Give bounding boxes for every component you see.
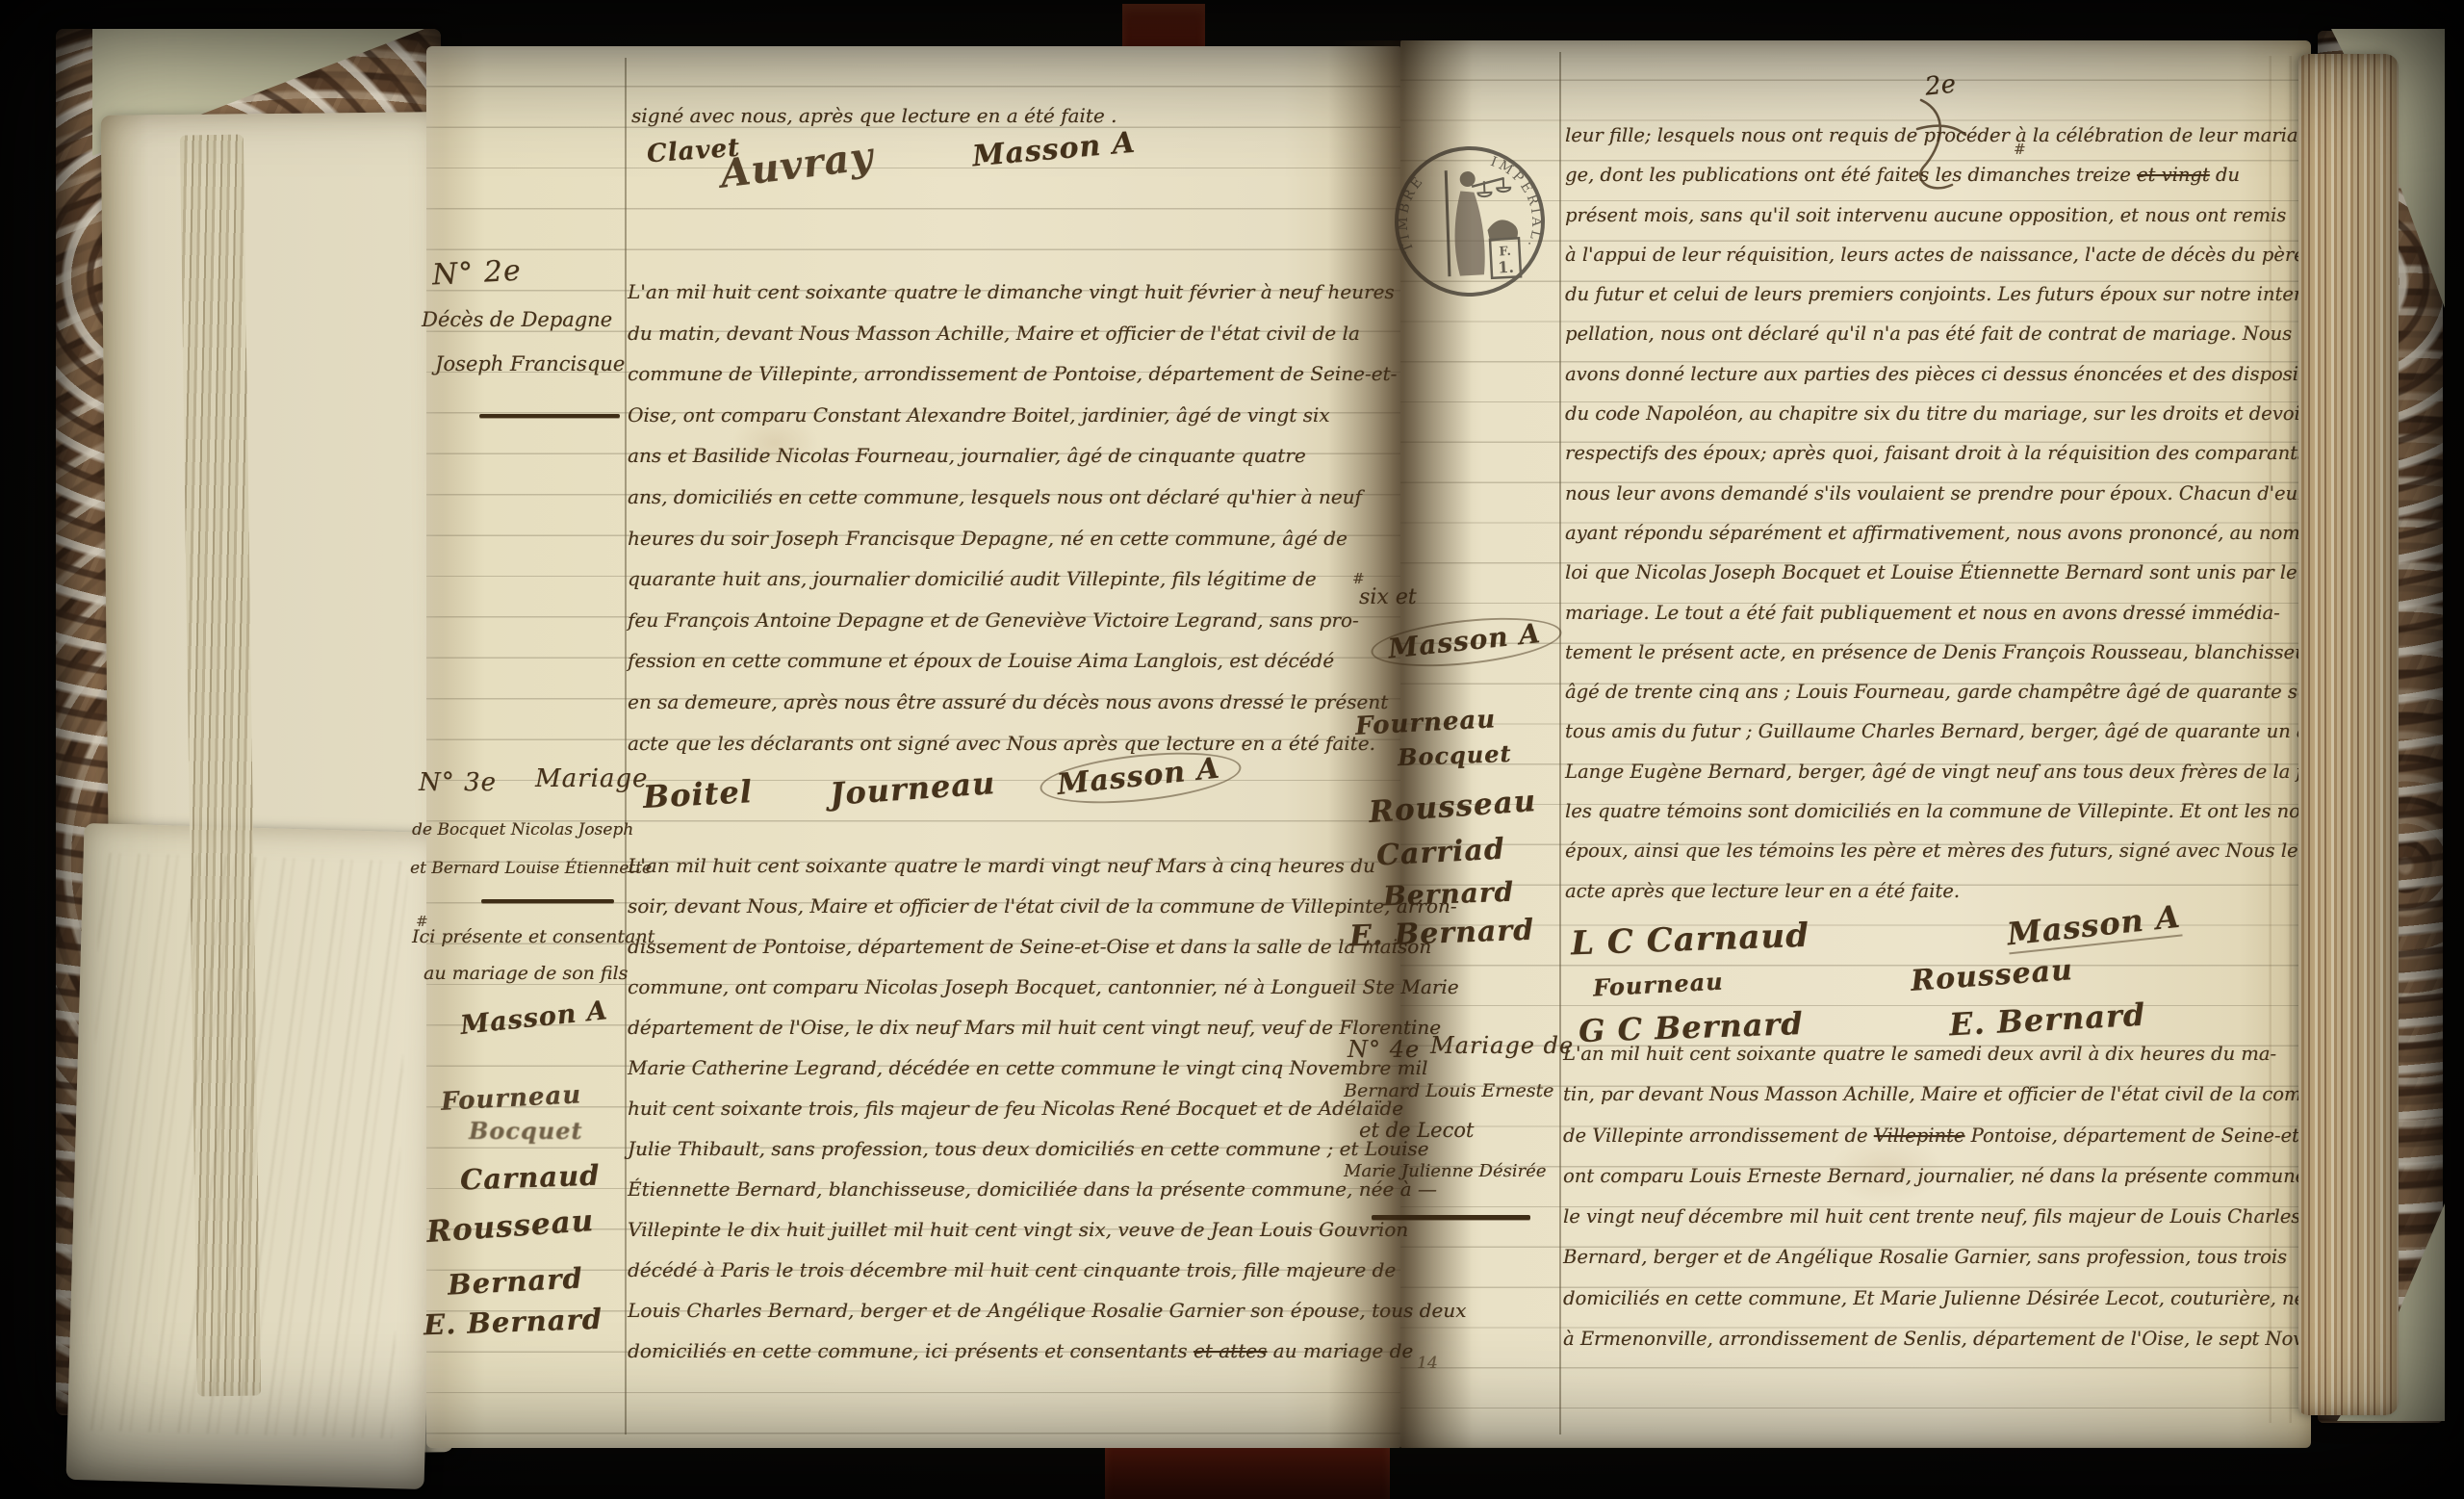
act3-margin-type: Mariage xyxy=(535,764,648,793)
act4-margin-underline xyxy=(1372,1215,1530,1220)
act3-continuation-text: leur fille; lesquels nous ont requis de … xyxy=(1565,116,2376,911)
text-line: époux, ainsi que les témoins les père et… xyxy=(1565,831,2376,870)
text-line: feu François Antoine Depagne et de Genev… xyxy=(628,600,1397,641)
text-line: du futur et celui de leurs premiers conj… xyxy=(1565,274,2376,314)
text-line: tement le présent acte, en présence de D… xyxy=(1565,633,2376,672)
text-line: domiciliés en cette commune, ici présent… xyxy=(628,1331,1466,1371)
text-line: du code Napoléon, au chapitre six du tit… xyxy=(1565,394,2376,433)
act2-margin-title-line2: Joseph Francisque xyxy=(435,352,625,375)
text-line: fession en cette commune et époux de Lou… xyxy=(628,640,1397,682)
act3-consent-line1: Ici présente et consentant xyxy=(412,926,654,947)
text-line: Bernard, berger et de Angélique Rosalie … xyxy=(1563,1237,2365,1278)
act2-margin-title-line1: Décès de Depagne xyxy=(422,308,612,331)
text-line: commune de Villepinte, arrondissement de… xyxy=(628,353,1397,395)
margin-signature-carnaud: Carnaud xyxy=(459,1158,600,1196)
act3-margin-line1: de Bocquet Nicolas Joseph xyxy=(412,820,633,840)
text-line: pellation, nous ont déclaré qu'il n'a pa… xyxy=(1565,314,2376,353)
text-line: L'an mil huit cent soixante quatre le ma… xyxy=(628,845,1466,886)
right-margin-rule xyxy=(1559,52,1561,1434)
act4-margin-number: N° 4e xyxy=(1347,1036,1420,1063)
text-line: décédé à Paris le trois décembre mil hui… xyxy=(628,1250,1466,1290)
text-line: à l'appui de leur réquisition, leurs act… xyxy=(1565,235,2376,274)
text-line: domiciliés en cette commune, Et Marie Ju… xyxy=(1563,1279,2365,1319)
text-line: avons donné lecture aux parties des pièc… xyxy=(1565,354,2376,394)
text-line: respectifs des époux; après quoi, faisan… xyxy=(1565,433,2376,473)
fore-edge-page-stack xyxy=(2298,54,2399,1415)
timbre-imperial-stamp-icon: TIMBRE IMPERIAL. F. 1. xyxy=(1387,139,1553,304)
text-line: présent mois, sans qu'il soit intervenu … xyxy=(1565,195,2376,235)
struck-text: et attes xyxy=(1193,1339,1267,1362)
previous-act-closing-line: signé avec nous, après que lecture en a … xyxy=(631,104,1116,127)
text-line: âgé de trente cinq ans ; Louis Fourneau,… xyxy=(1565,672,2376,711)
act4-margin-line4: Marie Julienne Désirée xyxy=(1344,1161,1546,1181)
gutter-signature-e-bernard: E. Bernard xyxy=(1348,914,1534,954)
text-line: en sa demeure, après nous être assuré du… xyxy=(628,682,1397,723)
margin-signature-bocquet: Bocquet xyxy=(469,1117,583,1145)
act4-margin-line2: Bernard Louis Erneste xyxy=(1344,1080,1553,1101)
text-line: commune, ont comparu Nicolas Joseph Bocq… xyxy=(628,967,1466,1007)
margin-correction-text: six et xyxy=(1359,585,1417,609)
text-line: quarante huit ans, journalier domicilié … xyxy=(628,558,1397,600)
act4-text: L'an mil huit cent soixante quatre le sa… xyxy=(1563,1034,2365,1359)
text-line: ont comparu Louis Erneste Bernard, journ… xyxy=(1563,1156,2365,1197)
text-line: Étiennette Bernard, blanchisseuse, domic… xyxy=(628,1169,1466,1209)
text-line: département de l'Oise, le dix neuf Mars … xyxy=(628,1007,1466,1047)
text-line: les quatre témoins sont domiciliés en la… xyxy=(1565,791,2376,831)
act3-margin-number: N° 3e xyxy=(419,768,497,797)
text-line: à Ermenonville, arrondissement de Senlis… xyxy=(1563,1319,2365,1359)
text-line: mariage. Le tout a été fait publiquement… xyxy=(1565,593,2376,633)
ghost-bleedthrough-writing xyxy=(85,853,409,1439)
act3-margin-underline xyxy=(481,899,614,903)
act3-margin-line2: et Bernard Louise Étiennette xyxy=(410,859,652,878)
text-line: ayant répondu séparément et affirmativem… xyxy=(1565,513,2376,553)
text-line: Lange Eugène Bernard, berger, âgé de vin… xyxy=(1565,752,2376,791)
gutter-signature-bernard: Bernard xyxy=(1382,876,1514,913)
text-line: Marie Catherine Legrand, décédée en cett… xyxy=(628,1047,1466,1088)
act2-margin-underline xyxy=(479,414,620,418)
text-line: Julie Thibault, sans profession, tous de… xyxy=(628,1128,1466,1169)
text-line: heures du soir Joseph Francisque Depagne… xyxy=(628,518,1397,559)
gutter-signature-carriad: Carriad xyxy=(1375,833,1505,873)
text-line: ge, dont les publications ont été faites… xyxy=(1565,155,2376,194)
text-line: acte que les déclarants ont signé avec N… xyxy=(628,723,1397,764)
text-line: loi que Nicolas Joseph Bocquet et Louise… xyxy=(1565,553,2376,592)
act3-text: L'an mil huit cent soixante quatre le ma… xyxy=(628,845,1466,1371)
act2-margin-number: N° 2e xyxy=(431,254,522,293)
text-line: huit cent soixante trois, fils majeur de… xyxy=(628,1088,1466,1128)
archive-scan: signé avec nous, après que lecture en a … xyxy=(0,0,2464,1499)
act4-margin-line3: et de Lecot xyxy=(1359,1119,1474,1142)
margin-signature-e-bernard: E. Bernard xyxy=(423,1303,603,1341)
gutter-signature-bocquet: Bocquet xyxy=(1398,739,1512,771)
text-line: soir, devant Nous, Maire et officier de … xyxy=(628,886,1466,926)
svg-text:1.: 1. xyxy=(1498,258,1515,277)
text-line: dissement de Pontoise, département de Se… xyxy=(628,926,1466,967)
text-line: tous amis du futur ; Guillaume Charles B… xyxy=(1565,711,2376,751)
act3-consent-line2: au mariage de son fils xyxy=(423,963,628,984)
text-line: ans, domiciliés en cette commune, lesque… xyxy=(628,477,1397,518)
text-line: L'an mil huit cent soixante quatre le sa… xyxy=(1563,1034,2365,1074)
text-line: du matin, devant Nous Masson Achille, Ma… xyxy=(628,313,1397,354)
sheet-number: 14 xyxy=(1417,1354,1438,1373)
text-line: nous leur avons demandé s'ils voulaient … xyxy=(1565,474,2376,513)
left-margin-rule xyxy=(625,58,627,1434)
text-line: ans et Basilide Nicolas Fourneau, journa… xyxy=(628,435,1397,477)
text-line: Louis Charles Bernard, berger et de Angé… xyxy=(628,1290,1466,1331)
signature-boitel: Boitel xyxy=(642,773,754,815)
struck-text: Villepinte xyxy=(1874,1124,1965,1147)
text-line: tin, par devant Nous Masson Achille, Mai… xyxy=(1563,1074,2365,1115)
text-line: acte après que lecture leur en a été fai… xyxy=(1565,871,2376,911)
act4-margin-type: Mariage de xyxy=(1430,1032,1574,1059)
text-line: Oise, ont comparu Constant Alexandre Boi… xyxy=(628,395,1397,436)
text-line: de Villepinte arrondissement de Villepin… xyxy=(1563,1116,2365,1156)
act2-text: L'an mil huit cent soixante quatre le di… xyxy=(628,271,1397,763)
text-line: Villepinte le dix huit juillet mil huit … xyxy=(628,1209,1466,1250)
struck-text: et vingt xyxy=(2137,164,2210,186)
text-line: L'an mil huit cent soixante quatre le di… xyxy=(628,271,1397,313)
text-line: leur fille; lesquels nous ont requis de … xyxy=(1565,116,2376,155)
text-line: le vingt neuf décembre mil huit cent tre… xyxy=(1563,1197,2365,1237)
